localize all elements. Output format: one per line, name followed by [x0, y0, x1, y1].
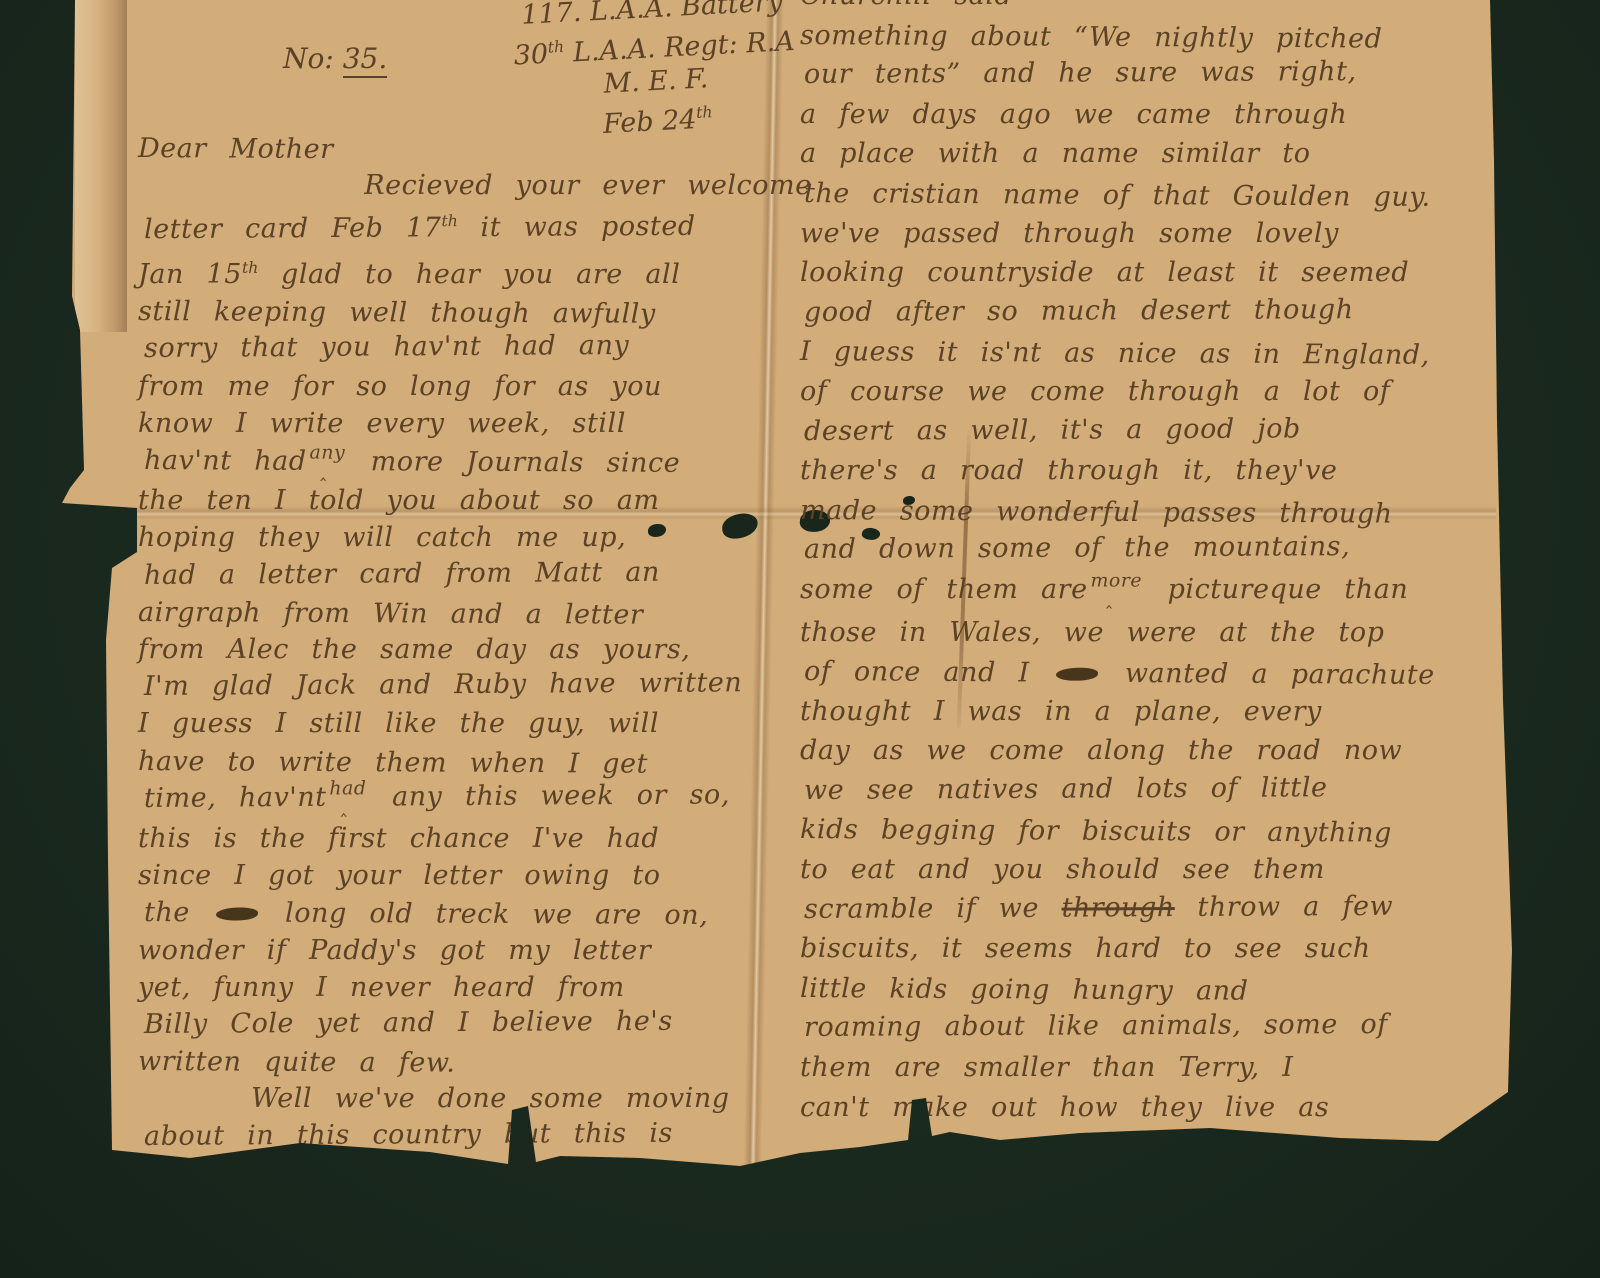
underlined-text: 35.: [343, 42, 388, 78]
handwritten-line: since I got your letter owing to: [138, 857, 818, 894]
inserted-word-above-line: more: [1090, 562, 1142, 602]
ink-blot: [216, 908, 258, 921]
handwritten-line: we've passed through some lovely: [800, 214, 1500, 254]
handwritten-line: the cristian name of that Goulden guy.: [800, 174, 1500, 218]
letter-paper: No: 35. 117. L.A.A. Battery30th L.A.A. R…: [0, 0, 1600, 1278]
ordinal-suffix: th: [242, 258, 258, 277]
ordinal-suffix: th: [547, 37, 564, 57]
handwritten-line: kids begging for biscuits or anything: [800, 810, 1500, 854]
handwritten-line: know I write every week, still: [138, 405, 818, 442]
inserted-word-above-line: had: [329, 770, 366, 807]
handwritten-line: I guess I still like the guy, will: [138, 705, 818, 742]
crossed-out-word: through: [1061, 892, 1174, 924]
handwritten-line: our tents” and he sure was right,: [800, 52, 1500, 95]
handwritten-line: day as we come along the road now: [800, 731, 1500, 771]
handwritten-line: this is the first chance I've had: [138, 820, 818, 857]
photo-background: No: 35. 117. L.A.A. Battery30th L.A.A. R…: [0, 0, 1600, 1278]
handwritten-line: them are smaller than Terry, I: [800, 1048, 1500, 1088]
handwritten-line: some of them aremore pictureque than: [800, 570, 1500, 613]
handwritten-line: desert as well, it's a good job: [800, 408, 1500, 451]
handwritten-line: Dear Mother: [138, 130, 818, 171]
handwritten-line: airgraph from Win and a letter: [138, 594, 818, 635]
handwritten-line: good after so much desert though: [800, 289, 1500, 332]
handwritten-line: had a letter card from Matt an: [138, 552, 818, 593]
handwritten-line: I guess it is'nt as nice as in England,: [800, 332, 1500, 376]
handwritten-line: letter card Feb 17th it was posted: [138, 200, 818, 249]
handwritten-line: looking countryside at least it seemed: [800, 253, 1500, 293]
handwritten-line: can't make out how they live as: [800, 1088, 1500, 1128]
ordinal-suffix: th: [696, 102, 713, 122]
handwritten-line: from me for so long for as you: [138, 368, 818, 405]
handwritten-line: we see natives and lots of little: [800, 767, 1500, 810]
handwritten-line: time, hav'nthad any this week or so,: [138, 776, 818, 820]
handwritten-line: about in this country but this is: [138, 1113, 818, 1154]
handwritten-line: sorry that you hav'nt had any: [138, 326, 818, 367]
inserted-word-above-line: any: [309, 435, 345, 472]
handwritten-line: hav'nt hadany more Journals since: [138, 442, 818, 486]
handwritten-line: from Alec the same day as yours,: [138, 631, 818, 668]
letter-left-page: Dear Mother Recieved your ever welcomele…: [138, 130, 818, 1155]
handwritten-line: to eat and you should see them: [800, 850, 1500, 890]
handwritten-line: a few days ago we came through: [800, 95, 1500, 135]
handwritten-line: Jan 15th glad to hear you are all: [138, 249, 818, 293]
handwritten-line: those in Wales, we were at the top: [800, 613, 1500, 653]
handwritten-line: hoping they will catch me up,: [138, 519, 818, 556]
letter-header: 117. L.A.A. Battery30th L.A.A. Regt: R.A…: [496, 0, 813, 146]
ordinal-suffix: th: [441, 211, 457, 230]
handwritten-line: written quite a few.: [138, 1043, 818, 1084]
handwritten-line: biscuits, it seems hard to see such: [800, 929, 1500, 969]
handwritten-line: of course we come through a lot of: [800, 372, 1500, 412]
letter-right-page: Churchill saidsomething about “We nightl…: [800, 0, 1500, 1127]
handwritten-line: and down some of the mountains,: [800, 527, 1500, 570]
handwritten-line: roaming about like animals, some of: [800, 1005, 1500, 1048]
handwritten-line: of once and I wanted a parachute: [800, 652, 1500, 696]
handwritten-line: scramble if we through throw a few: [800, 886, 1500, 929]
handwritten-line: a place with a name similar to: [800, 134, 1500, 174]
handwritten-line: wonder if Paddy's got my letter: [138, 932, 818, 969]
handwritten-line: Billy Cole yet and I believe he's: [138, 1002, 818, 1043]
handwritten-line: Recieved your ever welcome: [138, 167, 818, 204]
handwritten-line: Well we've done some moving: [138, 1080, 818, 1117]
handwritten-line: there's a road through it, they've: [800, 451, 1500, 491]
handwritten-line: thought I was in a plane, every: [800, 692, 1500, 732]
letter-number: No: 35.: [283, 42, 387, 75]
handwritten-line: the ten I told you about so am: [138, 482, 818, 519]
ink-blot: [1056, 668, 1098, 681]
handwritten-line: Churchill said: [800, 0, 1500, 16]
handwritten-line: the long old treck we are on,: [138, 894, 818, 935]
handwritten-line: yet, funny I never heard from: [138, 969, 818, 1006]
handwritten-line: I'm glad Jack and Ruby have written: [138, 664, 818, 705]
left-fold-flap: [75, 0, 127, 332]
